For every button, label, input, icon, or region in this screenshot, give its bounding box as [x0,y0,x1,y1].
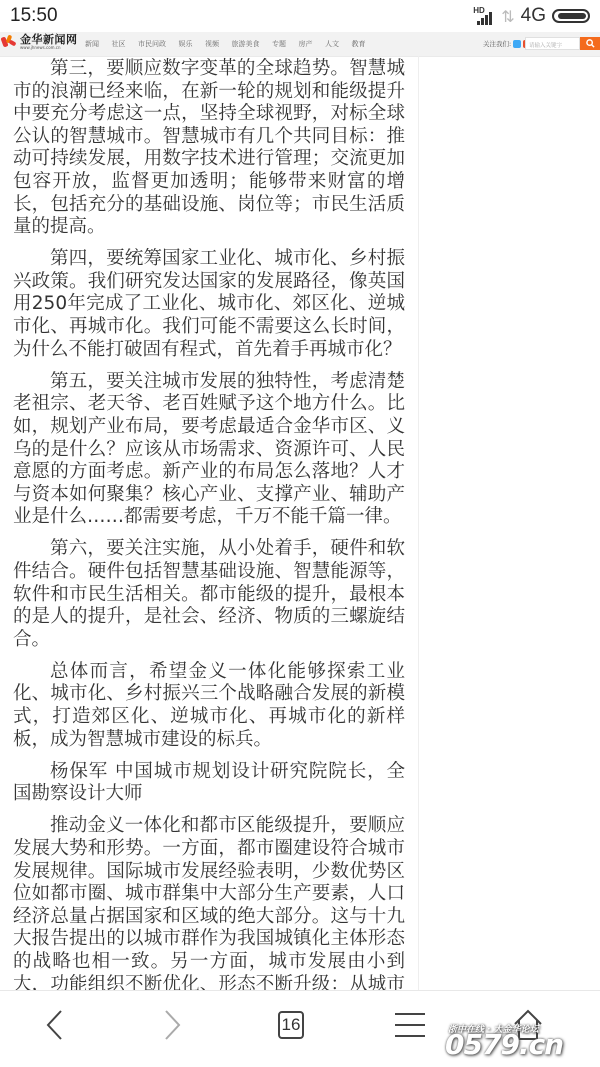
chevron-left-icon [44,1008,66,1042]
status-bar: 15:50 HD ⇅ 4G [0,0,600,32]
logo-icon [2,35,16,49]
nav-item-culture[interactable]: 人文 [325,39,339,49]
site-logo[interactable]: 金华新闻网 www.jhnews.com.cn [2,34,78,50]
home-icon [512,1008,544,1042]
follow-label: 关注我们: [483,39,511,48]
wechat-icon[interactable] [513,40,521,48]
nav-item-community[interactable]: 社区 [112,39,126,49]
search-icon [586,39,595,48]
logo-url: www.jhnews.com.cn [20,46,78,50]
search-input[interactable]: 请输入关键字 [525,37,580,50]
paragraph-fourth-point: 第四，要统筹国家工业化、城市化、乡村振兴政策。我们研究发达国家的发展路径，像英国… [13,248,405,361]
chevron-right-icon [161,1008,183,1042]
status-icons: HD ⇅ 4G [473,6,590,26]
battery-icon [552,9,590,23]
nav-item-entertainment[interactable]: 娱乐 [179,39,193,49]
site-nav: 新闻 社区 市民问政 娱乐 视频 旅游美食 专题 房产 人文 教育 [85,39,378,49]
nav-item-news[interactable]: 新闻 [85,39,99,49]
menu-button[interactable] [390,1005,430,1045]
forward-button[interactable] [152,1005,192,1045]
nav-item-travel-food[interactable]: 旅游美食 [232,39,260,49]
paragraph-speaker: 杨保军 中国城市规划设计研究院院长，全国勘察设计大师 [13,761,405,806]
site-header: 金华新闻网 www.jhnews.com.cn 新闻 社区 市民问政 娱乐 视频… [0,32,600,57]
logo-title: 金华新闻网 [20,34,78,45]
tab-count-badge: 16 [278,1011,304,1039]
home-button[interactable] [508,1005,548,1045]
back-button[interactable] [35,1005,75,1045]
tabs-button[interactable]: 16 [271,1005,311,1045]
browser-toolbar: 16 [0,990,600,1067]
paragraph-fifth-point: 第五，要关注城市发展的独特性，考虑清楚老祖宗、老天爷、老百姓赋予这个地方什么。比… [13,371,405,529]
article-body: 第三，要顺应数字变革的全球趋势。智慧城市的浪潮已经来临，在新一轮的规划和能级提升… [13,58,405,1051]
nav-item-topics[interactable]: 专题 [272,39,286,49]
nav-item-citizen-inquiry[interactable]: 市民问政 [138,39,166,49]
column-divider [418,56,419,991]
nav-item-real-estate[interactable]: 房产 [299,39,313,49]
signal-icon: HD [473,7,495,25]
paragraph-sixth-point: 第六，要关注实施，从小处着手，硬件和软件结合。硬件包括智慧基础设施、智慧能源等，… [13,538,405,651]
network-type: 4G [521,5,546,27]
search-button[interactable] [580,37,600,50]
follow-us: 关注我们: [483,39,531,48]
paragraph-third-point: 第三，要顺应数字变革的全球趋势。智慧城市的浪潮已经来临，在新一轮的规划和能级提升… [13,58,405,239]
paragraph-summary: 总体而言，希望金义一体化能够探索工业化、城市化、乡村振兴三个战略融合发展的新模式… [13,661,405,751]
hamburger-menu-icon [394,1010,426,1040]
nav-item-education[interactable]: 教育 [352,39,366,49]
nav-item-video[interactable]: 视频 [205,39,219,49]
data-arrows-icon: ⇅ [501,7,514,26]
status-time: 15:50 [10,5,58,27]
